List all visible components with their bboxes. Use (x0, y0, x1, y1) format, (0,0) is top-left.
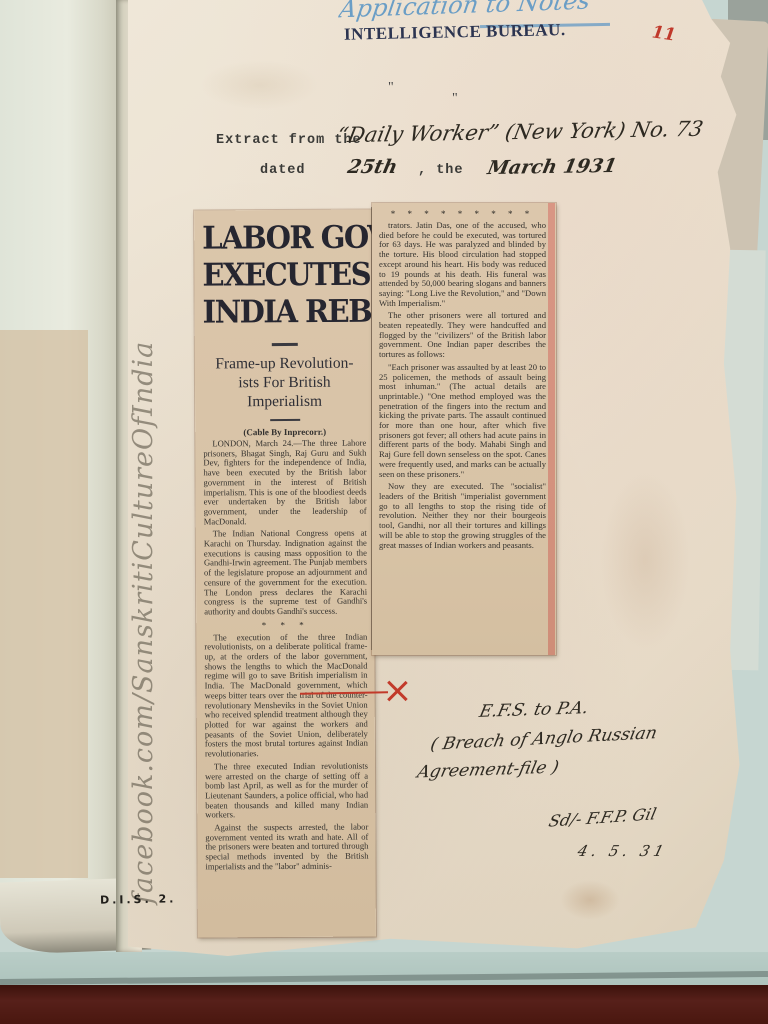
byline: (Cable By Inprecorr.) (203, 427, 366, 438)
handwritten-month-year: March 1931 (486, 155, 619, 179)
dis-stamp: D.I.S. 2. (100, 892, 177, 906)
article-paragraph: LONDON, March 24.—The three Lahore priso… (203, 439, 366, 527)
signature-date: 4. 5. 31 (576, 842, 670, 860)
article-paragraph: The Indian National Congress opens at Ka… (204, 529, 367, 617)
subheadline: Frame-up Revolution- ists For British Im… (203, 354, 366, 412)
scanned-document-photo: facebook.com/SanskritiCultureOfIndia App… (0, 0, 768, 1024)
article-paragraph: "Each prisoner was assaulted by at least… (379, 363, 546, 479)
red-edge-stripe (548, 203, 555, 655)
handwritten-day: 25th (346, 156, 400, 178)
quote-mark: " (388, 80, 394, 96)
asterisk-row: * * * * * * * * * (379, 209, 546, 219)
article-paragraph: Against the suspects arrested, the labor… (205, 823, 368, 872)
subhead-divider (270, 419, 300, 421)
headline-line-1: LABOR GOV'T (202, 218, 365, 259)
article-paragraph: The execution of the three Indian revolu… (204, 632, 368, 759)
opposite-page-clipping-showthrough (0, 330, 88, 878)
headline-line-2: EXECUTES 3 (202, 255, 365, 296)
article-paragraph: The three executed Indian revolutionists… (205, 761, 368, 820)
column-rule (371, 207, 372, 650)
clipping-left-column: LABOR GOV'T EXECUTES 3 INDIA REBELS Fram… (194, 210, 376, 938)
watermark-text: facebook.com/SanskritiCultureOfIndia (128, 392, 174, 904)
asterisk-divider: * * * (204, 619, 367, 630)
file-note-line1: E.F.S. to P.A. (477, 698, 590, 722)
clipping-right-column: * * * * * * * * * trators. Jatin Das, on… (372, 203, 556, 655)
table-surface (0, 985, 768, 1024)
headline-line-3: INDIA REBELS (203, 292, 366, 333)
red-page-number: 11 (651, 22, 677, 45)
red-x-mark (384, 678, 410, 704)
quote-mark: " (452, 91, 458, 107)
typed-the-label: , the (418, 163, 464, 178)
article-paragraph: Now they are executed. The "socialist" l… (379, 482, 546, 550)
article-paragraph: The other prisoners were all tortured an… (379, 311, 546, 360)
article-paragraph: trators. Jatin Das, one of the accused, … (379, 221, 546, 308)
headline-divider (271, 343, 297, 346)
typed-dated-label: dated (260, 163, 306, 178)
